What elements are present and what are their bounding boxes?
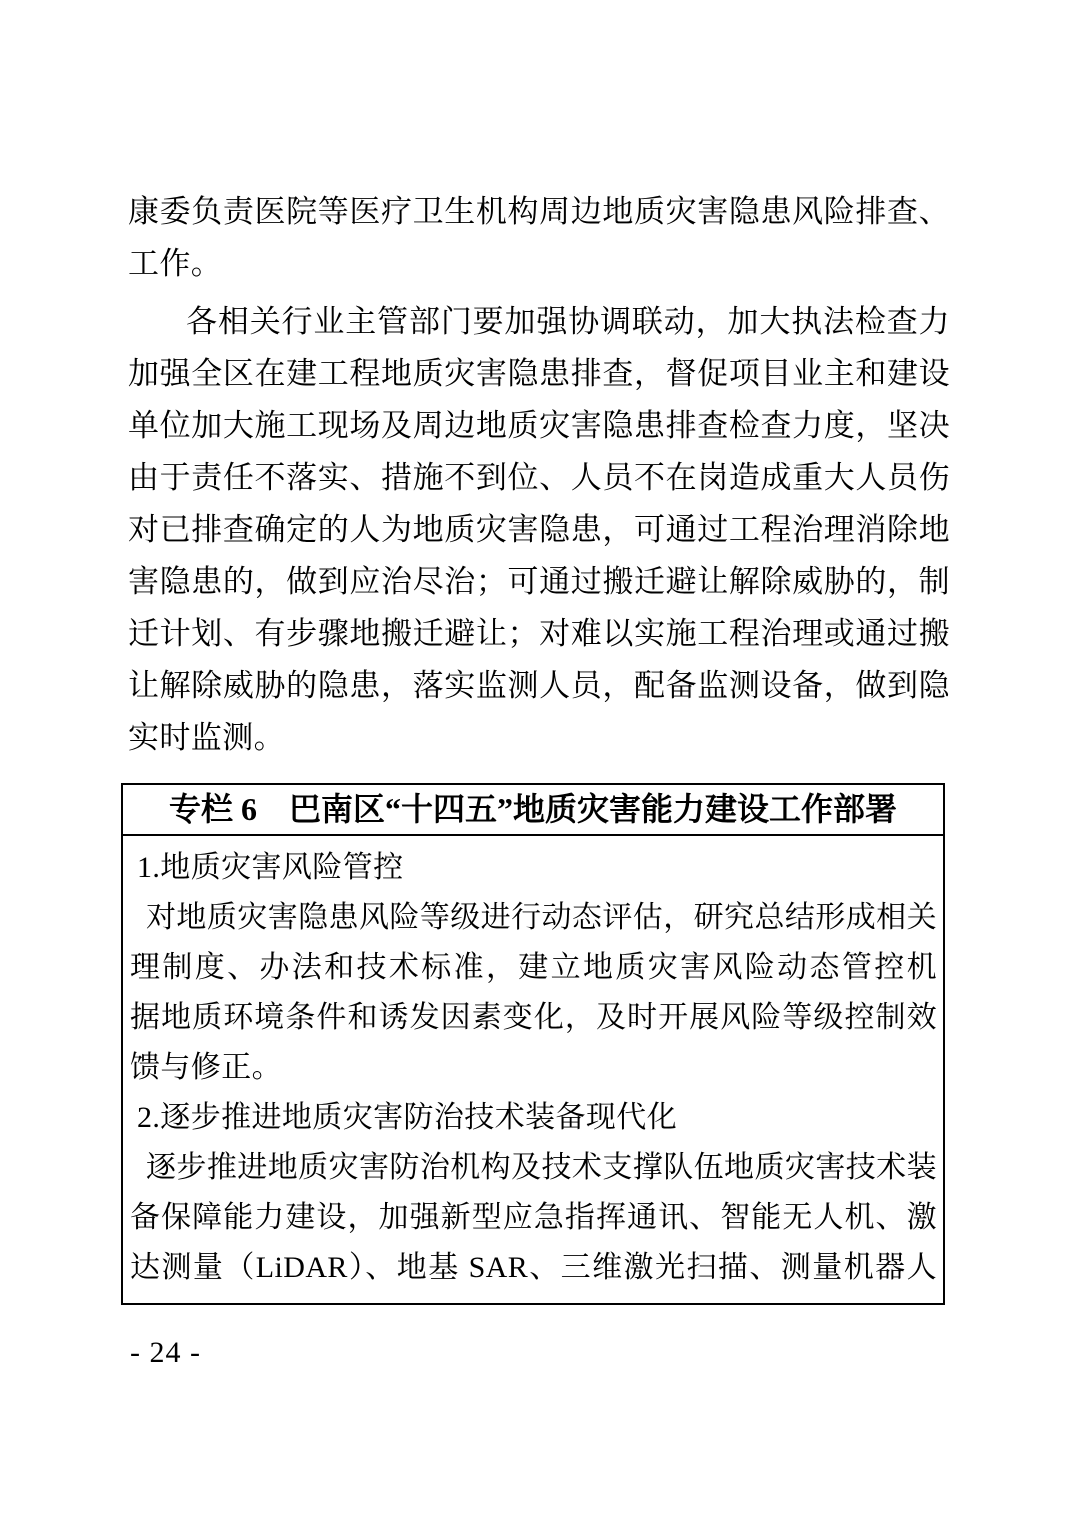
text-line: 备保障能力建设，加强新型应急指挥通讯、智能无人机、激光雷: [130, 1193, 937, 1243]
text-line: 各相关行业主管部门要加强协调联动，加大执法检查力度，: [128, 296, 950, 348]
page-number: - 24 -: [130, 1336, 201, 1370]
text-line: 馈与修正。: [130, 1043, 937, 1093]
text-line: 害隐患的，做到应治尽治；可通过搬迁避让解除威胁的，制定搬: [128, 556, 950, 608]
panel-title: 专栏 6 巴南区“十四五”地质灾害能力建设工作部署: [123, 785, 943, 836]
text-line: 达测量（LiDAR）、地基 SAR、三维激光扫描、测量机器人等先: [130, 1243, 937, 1293]
text-line: 加强全区在建工程地质灾害隐患排查，督促项目业主和建设施工: [128, 348, 950, 400]
text-line: 实时监测。: [128, 712, 950, 764]
text-line: 逐步推进地质灾害防治机构及技术支撑队伍地质灾害技术装: [130, 1143, 937, 1193]
panel-body: 1.地质灾害风险管控 对地质灾害隐患风险等级进行动态评估，研究总结形成相关管 理…: [123, 836, 943, 1303]
panel-column-6: 专栏 6 巴南区“十四五”地质灾害能力建设工作部署 1.地质灾害风险管控 对地质…: [121, 783, 945, 1305]
text-line: 理制度、办法和技术标准，建立地质灾害风险动态管控机制，根: [130, 943, 937, 993]
paragraph-2: 各相关行业主管部门要加强协调联动，加大执法检查力度， 加强全区在建工程地质灾害隐…: [128, 296, 950, 764]
panel-heading-2: 2.逐步推进地质灾害防治技术装备现代化: [130, 1093, 937, 1143]
text-line: 据地质环境条件和诱发因素变化，及时开展风险等级控制效果反: [130, 993, 937, 1043]
text-line: 工作。: [128, 238, 950, 290]
text-line: 让解除威胁的隐患，落实监测人员，配备监测设备，做到隐患点: [128, 660, 950, 712]
text-line: 单位加大施工现场及周边地质灾害隐患排查检查力度，坚决避免: [128, 400, 950, 452]
text-line: 康委负责医院等医疗卫生机构周边地质灾害隐患风险排查、管控: [128, 186, 950, 238]
document-page: 康委负责医院等医疗卫生机构周边地质灾害隐患风险排查、管控 工作。 各相关行业主管…: [0, 0, 1074, 1520]
paragraph-1: 康委负责医院等医疗卫生机构周边地质灾害隐患风险排查、管控 工作。: [128, 186, 950, 290]
text-line: 迁计划、有步骤地搬迁避让；对难以实施工程治理或通过搬迁避: [128, 608, 950, 660]
panel-heading-1: 1.地质灾害风险管控: [130, 843, 937, 893]
text-line: 对地质灾害隐患风险等级进行动态评估，研究总结形成相关管: [130, 893, 937, 943]
text-line: 对已排查确定的人为地质灾害隐患，可通过工程治理消除地质灾: [128, 504, 950, 556]
text-line: 由于责任不落实、措施不到位、人员不在岗造成重大人员伤亡。: [128, 452, 950, 504]
